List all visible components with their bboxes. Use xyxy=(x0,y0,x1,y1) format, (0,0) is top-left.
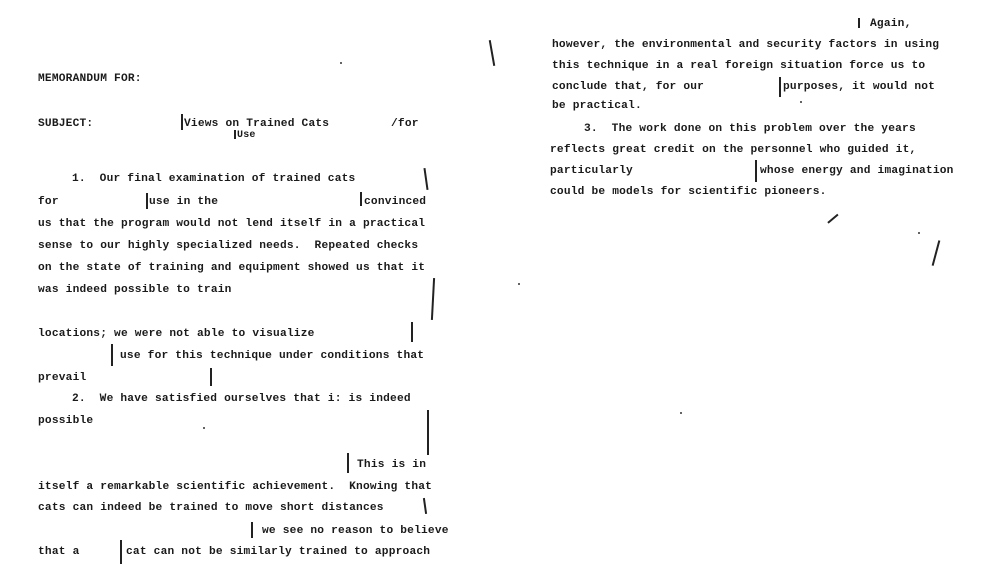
scan-mark xyxy=(489,40,495,66)
redaction-mark xyxy=(120,540,122,564)
redaction-mark xyxy=(755,160,757,182)
body-line: for xyxy=(38,195,59,209)
scan-mark xyxy=(932,240,940,266)
body-line: prevail xyxy=(38,371,86,385)
redaction-mark xyxy=(411,322,413,342)
body-line: particularly xyxy=(550,164,633,178)
redaction-mark xyxy=(347,453,349,473)
body-line: Again, xyxy=(870,17,911,31)
redaction-mark xyxy=(111,344,113,366)
memo-page: MEMORANDUM FOR: SUBJECT: Views on Traine… xyxy=(0,0,1000,574)
body-line: that a xyxy=(38,545,79,559)
body-line: was indeed possible to train xyxy=(38,283,232,297)
body-line: possible xyxy=(38,414,93,428)
redaction-mark xyxy=(858,18,860,28)
redaction-mark xyxy=(779,77,781,97)
scan-speck xyxy=(203,427,205,429)
body-line: be practical. xyxy=(552,99,642,113)
para-1-line: 1. Our final examination of trained cats xyxy=(72,172,355,186)
para-3-line: 3. The work done on this problem over th… xyxy=(584,122,916,136)
body-line: use in the xyxy=(149,195,218,209)
subject-text: Views on Trained Cats xyxy=(184,117,329,131)
body-line: locations; we were not able to visualize xyxy=(38,327,315,341)
redaction-mark xyxy=(210,368,212,386)
redaction-mark xyxy=(431,278,435,320)
scan-speck xyxy=(518,283,520,285)
body-line: could be models for scientific pioneers. xyxy=(550,185,827,199)
body-line: reflects great credit on the personnel w… xyxy=(550,143,916,157)
scan-speck xyxy=(918,232,920,234)
body-line: however, the environmental and security … xyxy=(552,38,939,52)
body-line: convinced xyxy=(364,195,426,209)
body-line: itself a remarkable scientific achieveme… xyxy=(38,480,432,494)
body-line: This is in xyxy=(357,458,426,472)
scan-speck xyxy=(800,101,802,103)
redaction-mark xyxy=(251,522,253,538)
body-line: on the state of training and equipment s… xyxy=(38,261,425,275)
para-2-line: 2. We have satisfied ourselves that i: i… xyxy=(72,392,411,406)
body-line: cats can indeed be trained to move short… xyxy=(38,501,384,515)
body-line: purposes, it would not xyxy=(783,80,935,94)
body-line: whose energy and imagination xyxy=(760,164,954,178)
body-line: cat can not be similarly trained to appr… xyxy=(126,545,430,559)
redaction-mark xyxy=(234,130,236,139)
subject-use: Use xyxy=(237,129,256,143)
memorandum-for-label: MEMORANDUM FOR: xyxy=(38,72,142,86)
subject-for: /for xyxy=(391,117,419,131)
redaction-mark xyxy=(423,168,428,190)
body-line: conclude that, for our xyxy=(552,80,704,94)
redaction-mark xyxy=(181,114,183,130)
scan-speck xyxy=(340,62,342,64)
redaction-mark xyxy=(423,498,427,514)
body-line: us that the program would not lend itsel… xyxy=(38,217,425,231)
body-line: this technique in a real foreign situati… xyxy=(552,59,925,73)
scan-mark xyxy=(827,214,838,224)
body-line: sense to our highly specialized needs. R… xyxy=(38,239,418,253)
redaction-mark xyxy=(146,193,148,209)
redaction-mark xyxy=(427,410,429,455)
body-line: use for this technique under conditions … xyxy=(120,349,424,363)
subject-label: SUBJECT: xyxy=(38,117,93,131)
scan-speck xyxy=(680,412,682,414)
body-line: we see no reason to believe xyxy=(262,524,449,538)
redaction-mark xyxy=(360,192,362,206)
